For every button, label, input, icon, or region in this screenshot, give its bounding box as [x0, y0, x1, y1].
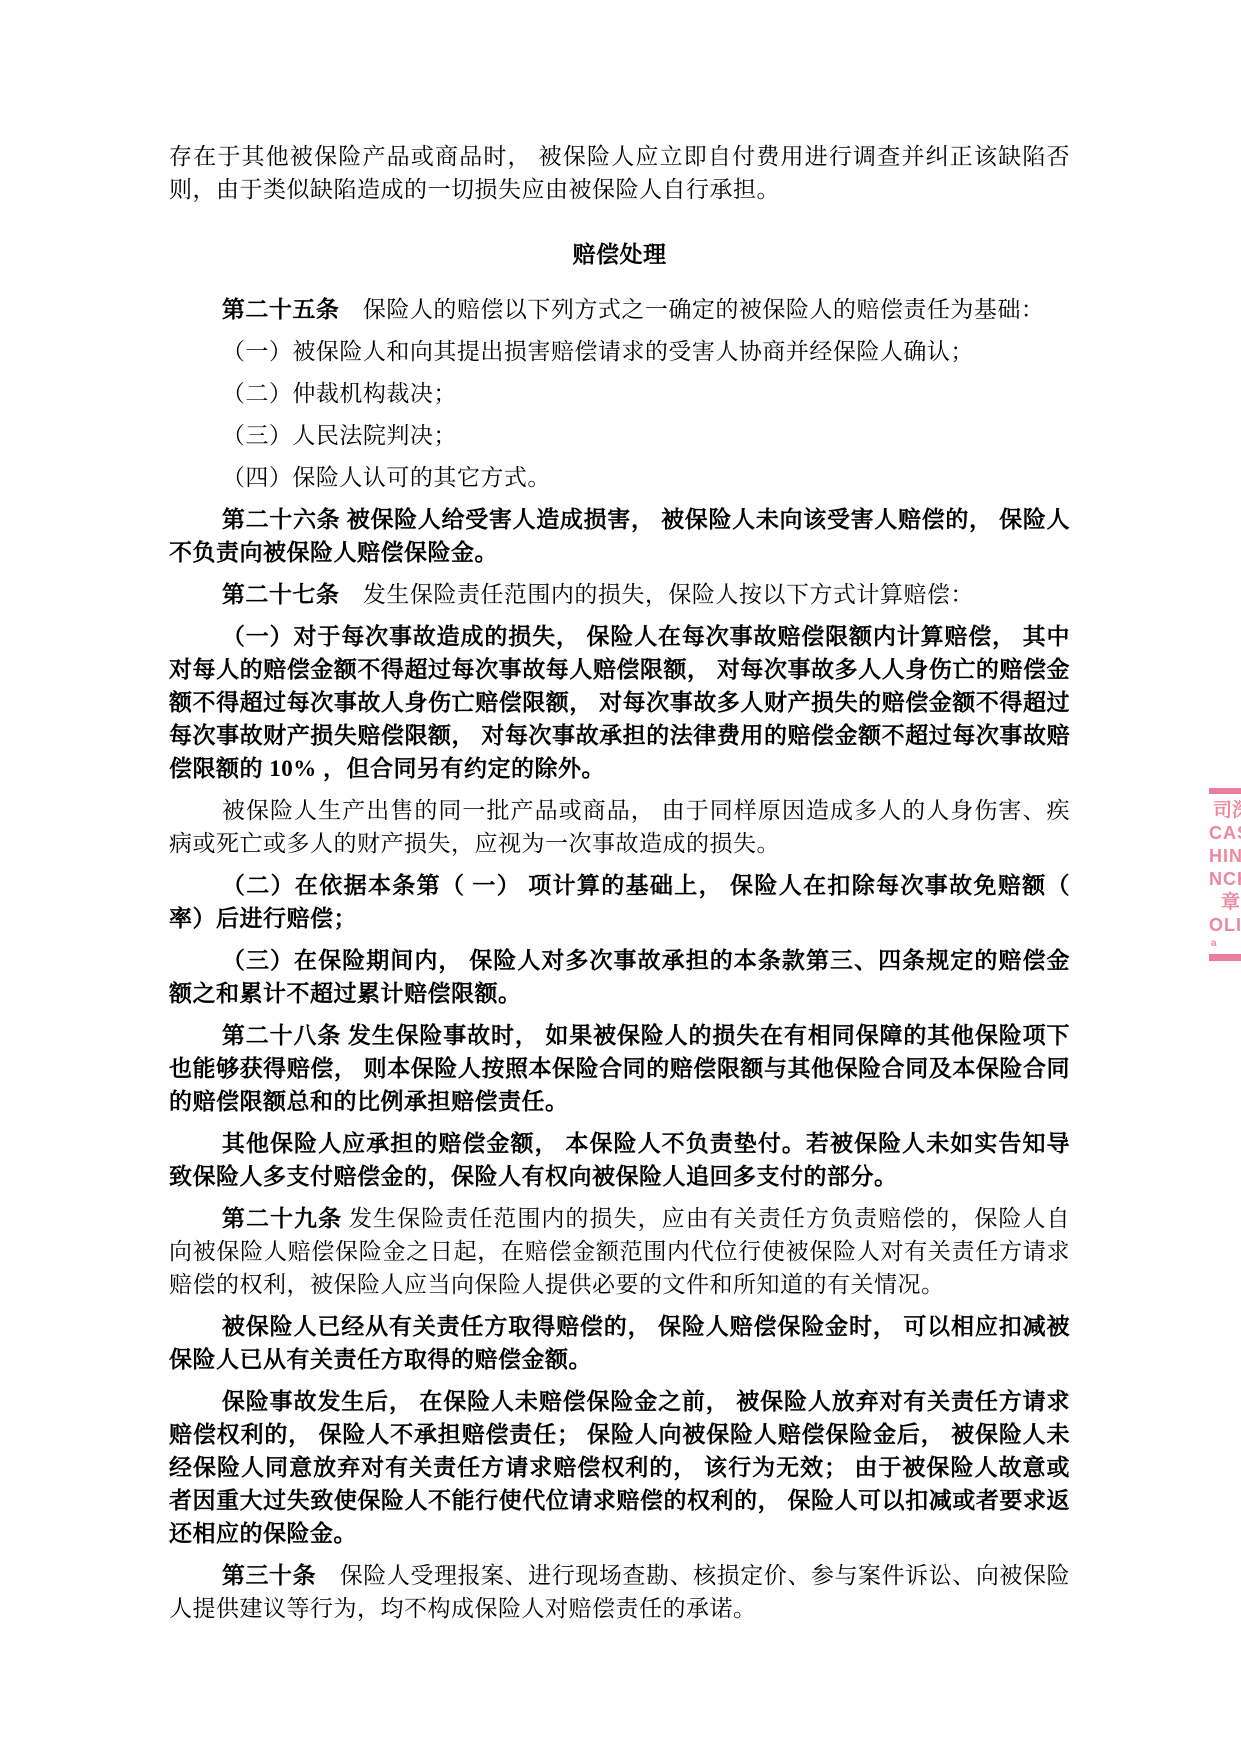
paragraph: （三）在保险期间内， 保险人对多次事故承担的本条款第三、四条规定的赔偿金额之和累…: [169, 944, 1070, 1010]
company-seal-stamp: 司深圳 CASI HINA NCH 章 OLI a: [1209, 788, 1241, 961]
regular-text: 发生保险责任范围内的损失，保险人按以下方式计算赔偿：: [339, 582, 974, 607]
bold-text: 第三十条: [222, 1563, 316, 1588]
regular-text: （三）人民法院判决；: [222, 423, 457, 448]
paragraph: 第二十六条 被保险人给受害人造成损害， 被保险人未向该受害人赔偿的， 保险人不负…: [169, 503, 1070, 569]
stamp-top-bar: [1209, 788, 1241, 794]
bold-text: （一）对于每次事故造成的损失， 保险人在每次事故赔偿限额内计算赔偿， 其中对每人…: [169, 624, 1070, 781]
stamp-text-fragment-2: HINA: [1209, 845, 1241, 868]
paragraph: 保险事故发生后， 在保险人未赔偿保险金之前， 被保险人放弃对有关责任方请求赔偿权…: [169, 1385, 1070, 1550]
paragraph: 存在于其他被保险产品或商品时， 被保险人应立即自付费用进行调查并纠正该缺陷否则，…: [169, 140, 1070, 206]
stamp-seal-character: 章: [1209, 891, 1241, 914]
paragraph: （一）被保险人和向其提出损害赔偿请求的受害人协商并经保险人确认；: [169, 335, 1070, 368]
bold-text: 赔偿处理: [573, 242, 667, 267]
paragraph: （一）对于每次事故造成的损失， 保险人在每次事故赔偿限额内计算赔偿， 其中对每人…: [169, 620, 1070, 785]
regular-text: 被保险人生产出售的同一批产品或商品， 由于同样原因造成多人的人身伤害、疾病或死亡…: [169, 798, 1070, 856]
stamp-text-fragment-3: NCH: [1209, 868, 1241, 891]
bold-text: 其他保险人应承担的赔偿金额， 本保险人不负责垫付。若被保险人未如实告知导致保险人…: [169, 1131, 1070, 1189]
stamp-bottom-bar: [1209, 954, 1241, 961]
paragraph: （二）仲裁机构裁决；: [169, 377, 1070, 410]
stamp-text-cn-fragment: 司深圳: [1209, 800, 1241, 822]
paragraph: （三）人民法院判决；: [169, 419, 1070, 452]
paragraph: （二）在依据本条第（ 一） 项计算的基础上， 保险人在扣除每次事故免赔额（ 率）…: [169, 869, 1070, 935]
bold-text: 第二十六条 被保险人给受害人造成损害， 被保险人未向该受害人赔偿的， 保险人不负…: [169, 507, 1070, 565]
paragraph: 被保险人已经从有关责任方取得赔偿的， 保险人赔偿保险金时， 可以相应扣减被保险人…: [169, 1310, 1070, 1376]
regular-text: （四）保险人认可的其它方式。: [222, 465, 551, 490]
regular-text: 存在于其他被保险产品或商品时， 被保险人应立即自付费用进行调查并纠正该缺陷否则，…: [169, 144, 1070, 202]
bold-text: （三）在保险期间内， 保险人对多次事故承担的本条款第三、四条规定的赔偿金额之和累…: [169, 948, 1070, 1006]
bold-text: （二）在依据本条第（ 一） 项计算的基础上， 保险人在扣除每次事故免赔额（ 率）…: [169, 873, 1070, 931]
paragraph: 第二十七条 发生保险责任范围内的损失，保险人按以下方式计算赔偿：: [169, 578, 1070, 611]
stamp-text-fragment-5: a: [1209, 937, 1241, 950]
bold-text: 第二十八条 发生保险事故时， 如果被保险人的损失在有相同保障的其他保险项下也能够…: [169, 1023, 1070, 1114]
paragraph: 第二十九条 发生保险责任范围内的损失，应由有关责任方负责赔偿的，保险人自向被保险…: [169, 1202, 1070, 1301]
paragraph: 第二十八条 发生保险事故时， 如果被保险人的损失在有相同保障的其他保险项下也能够…: [169, 1019, 1070, 1118]
bold-text: 第二十五条: [222, 297, 340, 322]
bold-text: 第二十九条: [222, 1206, 342, 1231]
paragraph: （四）保险人认可的其它方式。: [169, 461, 1070, 494]
bold-text: 第二十七条: [222, 582, 340, 607]
paragraph: 其他保险人应承担的赔偿金额， 本保险人不负责垫付。若被保险人未如实告知导致保险人…: [169, 1127, 1070, 1193]
stamp-text-fragment-4: OLI: [1209, 914, 1241, 937]
regular-text: （一）被保险人和向其提出损害赔偿请求的受害人协商并经保险人确认；: [222, 339, 974, 364]
document-body: 存在于其他被保险产品或商品时， 被保险人应立即自付费用进行调查并纠正该缺陷否则，…: [169, 140, 1070, 1634]
document-page: 存在于其他被保险产品或商品时， 被保险人应立即自付费用进行调查并纠正该缺陷否则，…: [0, 0, 1241, 1755]
stamp-text-fragment-1: CASI: [1209, 822, 1241, 845]
paragraph: 被保险人生产出售的同一批产品或商品， 由于同样原因造成多人的人身伤害、疾病或死亡…: [169, 794, 1070, 860]
bold-text: 被保险人已经从有关责任方取得赔偿的， 保险人赔偿保险金时， 可以相应扣减被保险人…: [169, 1314, 1070, 1372]
paragraph: 第二十五条 保险人的赔偿以下列方式之一确定的被保险人的赔偿责任为基础：: [169, 293, 1070, 326]
regular-text: 保险人的赔偿以下列方式之一确定的被保险人的赔偿责任为基础：: [339, 297, 1044, 322]
regular-text: （二）仲裁机构裁决；: [222, 381, 457, 406]
bold-text: 保险事故发生后， 在保险人未赔偿保险金之前， 被保险人放弃对有关责任方请求赔偿权…: [169, 1389, 1070, 1546]
section-heading: 赔偿处理: [169, 238, 1070, 271]
paragraph: 第三十条 保险人受理报案、进行现场查勘、核损定价、参与案件诉讼、向被保险人提供建…: [169, 1559, 1070, 1625]
